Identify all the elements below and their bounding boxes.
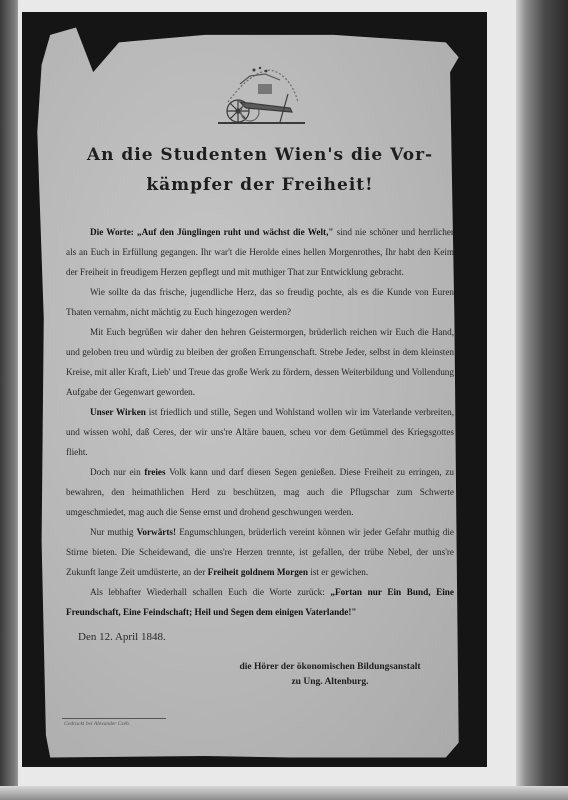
paragraph-2: Wie sollte da das frische, jugendliche H…	[66, 282, 454, 322]
paragraph-6: Nur muthig Vorwärts! Engumschlungen, brü…	[66, 522, 454, 582]
title-line-2: kämpfer der Freiheit!	[60, 170, 460, 200]
paragraph-lead: Die Worte:	[90, 227, 137, 237]
paragraph-emphasis: freies	[144, 467, 165, 477]
poster-body: Die Worte: „Auf den Jünglingen ruht und …	[66, 222, 454, 622]
poster-date: Den 12. April 1848.	[78, 631, 166, 643]
title-line-1: An die Studenten Wien's die Vor-	[60, 140, 460, 170]
book-edge-right	[516, 0, 568, 800]
paragraph-7: Als lebhafter Wiederhall schallen Euch d…	[66, 582, 454, 622]
quote-motto: „Auf den Jünglingen ruht und wächst die …	[137, 227, 333, 237]
paragraph-emphasis: Freiheit goldnem Morgen	[208, 567, 308, 577]
signature-line-1: die Hörer der ökonomischen Bildungsansta…	[200, 660, 460, 675]
paragraph-1: Die Worte: „Auf den Jünglingen ruht und …	[66, 222, 454, 282]
book-bottom-edge	[0, 786, 568, 800]
printer-imprint: Gedruckt bei Alexander Czéh.	[64, 721, 130, 727]
paragraph-pre: Doch nur ein	[90, 467, 144, 477]
poster-title: An die Studenten Wien's die Vor- kämpfer…	[60, 140, 460, 200]
paragraph-3: Mit Euch begrüßen wir daher den hehren G…	[66, 322, 454, 402]
paragraph-pre: Als lebhafter Wiederhall schallen Euch d…	[90, 587, 330, 597]
paragraph-emphasis: Vorwärts!	[137, 527, 176, 537]
paragraph-text: Mit Euch begrüßen wir daher den hehren G…	[66, 327, 454, 397]
printer-divider	[62, 718, 166, 719]
paragraph-5: Doch nur ein freies Volk kann und darf d…	[66, 462, 454, 522]
paragraph-lead: Unser Wirken	[90, 407, 146, 417]
cannon-illustration-icon	[210, 62, 310, 127]
signature-line-2: zu Ung. Altenburg.	[200, 675, 460, 690]
paragraph-4: Unser Wirken ist friedlich und stille, S…	[66, 402, 454, 462]
paragraph-text: Wie sollte da das frische, jugendliche H…	[66, 287, 454, 317]
paragraph-pre: Nur muthig	[90, 527, 137, 537]
paragraph-text: ist er gewichen.	[308, 567, 368, 577]
signature-block: die Hörer der ökonomischen Bildungsansta…	[200, 660, 460, 690]
